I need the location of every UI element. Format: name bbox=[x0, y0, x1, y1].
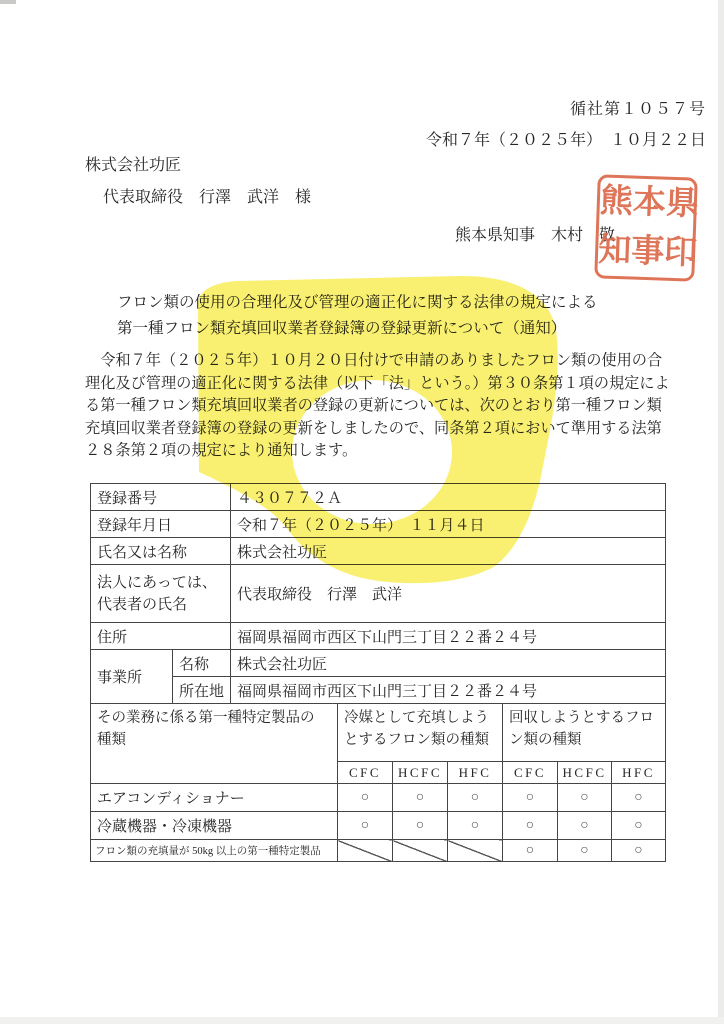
row-value: 福岡県福岡市西区下山門三丁目２２番２４号 bbox=[231, 623, 666, 650]
scanned-document-page: { "header": { "doc_number": "循社第１０５７号", … bbox=[0, 0, 724, 1024]
seal-char: 県 bbox=[665, 180, 700, 230]
body-line: 充填回収業者登録簿の登録の更新をしましたので、同条第２項において準用する法第 bbox=[85, 418, 671, 441]
matrix-row-label: フロン類の充填量が 50kg 以上の第一種特定製品 bbox=[91, 840, 338, 862]
scan-edge-corner bbox=[0, 0, 16, 4]
matrix-col-group-recover: 回収しようとするフロン類の種類 bbox=[503, 704, 666, 762]
table-row: 氏名又は名称 株式会社功匠 bbox=[91, 538, 666, 565]
matrix-cell: ○ bbox=[612, 812, 666, 840]
document-number: 循社第１０５７号 bbox=[570, 96, 706, 119]
issue-date: 令和７年（２０２５年） １０月２２日 bbox=[426, 127, 706, 150]
matrix-col-label: HFC bbox=[448, 762, 503, 784]
matrix-cell bbox=[448, 840, 503, 862]
matrix-cell: ○ bbox=[393, 784, 448, 812]
body-line: 令和７年（２０２５年）１０月２０日付けで申請のありましたフロン類の使用の合 bbox=[85, 350, 671, 373]
table-row: 住所 福岡県福岡市西区下山門三丁目２２番２４号 bbox=[91, 623, 666, 650]
row-value: 福岡県福岡市西区下山門三丁目２２番２４号 bbox=[231, 677, 666, 704]
row-sublabel: 所在地 bbox=[173, 677, 231, 704]
row-group-label: 事業所 bbox=[91, 650, 173, 704]
seal-char: 知 bbox=[597, 226, 632, 276]
matrix-col-label: CFC bbox=[503, 762, 558, 784]
seal-char: 本 bbox=[632, 179, 667, 229]
governor-signature: 熊本県知事 木村 敬 bbox=[455, 222, 615, 245]
matrix-cell: ○ bbox=[338, 812, 393, 840]
seal-char: 事 bbox=[630, 228, 665, 278]
matrix-row-label: 冷蔵機器・冷凍機器 bbox=[91, 812, 338, 840]
row-label: 登録年月日 bbox=[91, 511, 231, 538]
table-row: 事業所 名称 株式会社功匠 bbox=[91, 650, 666, 677]
table-row: 冷蔵機器・冷凍機器 ○ ○ ○ ○ ○ ○ bbox=[91, 812, 666, 840]
row-label: 氏名又は名称 bbox=[91, 538, 231, 565]
registration-table: 登録番号 ４３０７７２Ａ 登録年月日 令和７年（２０２５年） １１月４日 氏名又… bbox=[90, 483, 666, 862]
row-value: 株式会社功匠 bbox=[231, 538, 666, 565]
matrix-col-group-fill: 冷媒として充填しようとするフロン類の種類 bbox=[338, 704, 503, 762]
table-row: 登録番号 ４３０７７２Ａ bbox=[91, 484, 666, 511]
seal-char: 印 bbox=[663, 229, 698, 279]
matrix-cell: ○ bbox=[503, 784, 558, 812]
matrix-col-label: CFC bbox=[338, 762, 393, 784]
scan-edge-right bbox=[718, 0, 724, 1024]
matrix-cell: ○ bbox=[612, 840, 666, 862]
subject-line-2: 第一種フロン類充填回収業者登録簿の登録更新について（通知） bbox=[117, 316, 598, 342]
matrix-col-label: HCFC bbox=[558, 762, 612, 784]
row-value: 代表取締役 行澤 武洋 bbox=[231, 565, 666, 623]
matrix-cell: ○ bbox=[338, 784, 393, 812]
body-paragraph: 令和７年（２０２５年）１０月２０日付けで申請のありましたフロン類の使用の合 理化… bbox=[85, 350, 671, 463]
row-value: 株式会社功匠 bbox=[231, 650, 666, 677]
table-row: 登録年月日 令和７年（２０２５年） １１月４日 bbox=[91, 511, 666, 538]
body-line: る第一種フロン類充填回収業者の登録の更新については、次のとおり第一種フロン類 bbox=[85, 395, 671, 418]
table-row: その業務に係る第一種特定製品の 種類 冷媒として充填しようとするフロン類の種類 … bbox=[91, 704, 666, 762]
matrix-cell bbox=[338, 840, 393, 862]
matrix-cell: ○ bbox=[612, 784, 666, 812]
matrix-col-label: HFC bbox=[612, 762, 666, 784]
matrix-cell: ○ bbox=[448, 784, 503, 812]
row-sublabel: 名称 bbox=[173, 650, 231, 677]
matrix-row-label: エアコンディショナー bbox=[91, 784, 338, 812]
matrix-cell: ○ bbox=[448, 812, 503, 840]
table-row: エアコンディショナー ○ ○ ○ ○ ○ ○ bbox=[91, 784, 666, 812]
row-label: 登録番号 bbox=[91, 484, 231, 511]
table-row: 所在地 福岡県福岡市西区下山門三丁目２２番２４号 bbox=[91, 677, 666, 704]
scan-edge-bottom bbox=[0, 1017, 724, 1024]
table-row: 法人にあっては、 代表者の氏名 代表取締役 行澤 武洋 bbox=[91, 565, 666, 623]
governor-seal: 熊 本 県 知 事 印 bbox=[594, 174, 698, 281]
body-line: 理化及び管理の適正化に関する法律（以下「法」という。）第３０条第１項の規定によ bbox=[85, 373, 671, 396]
subject-title: フロン類の使用の合理化及び管理の適正化に関する法律の規定による 第一種フロン類充… bbox=[117, 290, 598, 342]
subject-line-1: フロン類の使用の合理化及び管理の適正化に関する法律の規定による bbox=[117, 290, 598, 316]
matrix-row-header: その業務に係る第一種特定製品の 種類 bbox=[91, 704, 338, 784]
body-line: ２８条第２項の規定により通知します。 bbox=[85, 440, 671, 463]
matrix-cell: ○ bbox=[503, 840, 558, 862]
matrix-col-label: HCFC bbox=[393, 762, 448, 784]
matrix-cell: ○ bbox=[393, 812, 448, 840]
row-value: 令和７年（２０２５年） １１月４日 bbox=[231, 511, 666, 538]
table-row: フロン類の充填量が 50kg 以上の第一種特定製品 ○ ○ ○ bbox=[91, 840, 666, 862]
registration-table-grid: 登録番号 ４３０７７２Ａ 登録年月日 令和７年（２０２５年） １１月４日 氏名又… bbox=[90, 483, 666, 862]
row-value: ４３０７７２Ａ bbox=[231, 484, 666, 511]
row-label: 法人にあっては、 代表者の氏名 bbox=[91, 565, 231, 623]
matrix-cell: ○ bbox=[558, 812, 612, 840]
addressee-representative: 代表取締役 行澤 武洋 様 bbox=[103, 184, 311, 207]
matrix-cell: ○ bbox=[558, 840, 612, 862]
addressee-company: 株式会社功匠 bbox=[85, 152, 181, 175]
matrix-cell bbox=[393, 840, 448, 862]
matrix-cell: ○ bbox=[558, 784, 612, 812]
seal-char: 熊 bbox=[599, 177, 634, 227]
row-label: 住所 bbox=[91, 623, 231, 650]
matrix-cell: ○ bbox=[503, 812, 558, 840]
